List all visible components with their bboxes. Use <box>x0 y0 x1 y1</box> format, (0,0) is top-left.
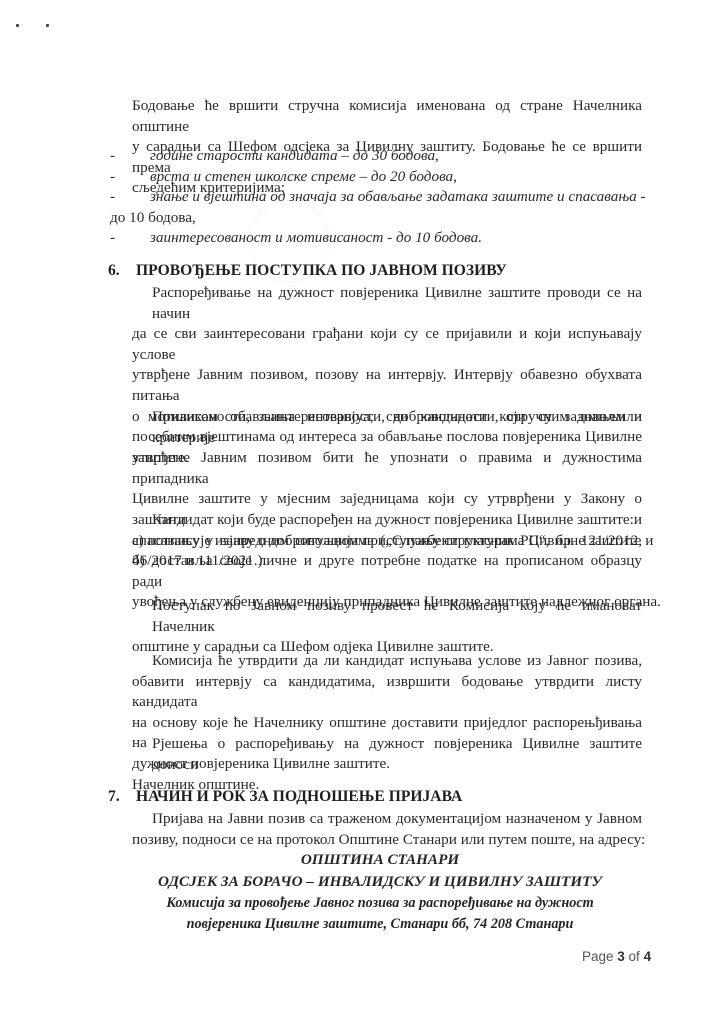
criterion-text: знање и вјештина од значаја за обављање … <box>150 187 646 208</box>
criterion-text: врста и степен школске спреме – до 20 бо… <box>150 167 457 188</box>
mailing-address: ОПШТИНА СТАНАРИ ОДСЈЕК ЗА БОРАЧО – ИНВАЛ… <box>140 849 620 935</box>
section-title: НАЧИН И РОК ЗА ПОДНОШЕЊЕ ПРИЈАВА <box>136 788 462 805</box>
page-label: Page <box>582 949 617 964</box>
section-7-paragraph-1: Пријава на Јавни позив са траженом докум… <box>132 809 642 850</box>
section-6-heading: 6.ПРОВОЂЕЊЕ ПОСТУПКА ПО ЈАВНОМ ПОЗИВУ <box>108 261 507 281</box>
list-item: - врста и степен школске спреме – до 20 … <box>110 167 650 188</box>
current-page: 3 <box>617 949 625 964</box>
text-line: утврђене Јавним позивом бити ће упознати… <box>132 448 642 489</box>
bullet-dash: - <box>110 187 150 208</box>
scan-artifact <box>16 24 56 30</box>
criterion-text: заинтересованост и мотивисаност - до 10 … <box>150 228 482 249</box>
section-number: 7. <box>108 787 136 807</box>
bullet-dash: - <box>110 228 150 249</box>
text-line: Приликом обављања интервјуа, сви кандида… <box>132 407 642 448</box>
bullet-dash: - <box>110 167 150 188</box>
text-line: Бодовање ће вршити стручна комисија имен… <box>132 96 642 137</box>
text-line: утврђене Јавним позивом, позову на интер… <box>132 365 642 406</box>
document-page: Бодовање ће вршити стручна комисија имен… <box>0 0 724 1024</box>
text-line: Пријава на Јавни позив са траженом докум… <box>132 809 642 830</box>
page-of-label: of <box>625 949 644 964</box>
section-7-heading: 7.НАЧИН И РОК ЗА ПОДНОШЕЊЕ ПРИЈАВА <box>108 787 462 807</box>
list-item: - заинтересованост и мотивисаност - до 1… <box>110 228 650 249</box>
address-municipality: ОПШТИНА СТАНАРИ <box>140 849 620 871</box>
bullet-dash: - <box>110 146 150 167</box>
address-street: повјереника Цивилне заштите, Станари бб,… <box>140 914 620 935</box>
list-item: - године старости кандидата – до 30 бодо… <box>110 146 650 167</box>
criterion-continuation: до 10 бодова, <box>110 208 650 229</box>
text-line: позиву, подноси се на протокол Општине С… <box>132 830 642 851</box>
section-number: 6. <box>108 261 136 281</box>
text-line: Комисија ће утврдити да ли кандидат испу… <box>132 651 642 672</box>
text-line: Рјешења о распоређивању на дужност повје… <box>132 734 642 775</box>
section-title: ПРОВОЂЕЊЕ ПОСТУПКА ПО ЈАВНОМ ПОЗИВУ <box>136 262 507 279</box>
text-line: обавити интервју са кандидатима, извршит… <box>132 672 642 713</box>
page-number: Page 3 of 4 <box>582 949 651 964</box>
text-line: Распоређивање на дужност повјереника Цив… <box>132 283 642 324</box>
text-line: Поступак по Јавном позиву провест ће Ком… <box>132 596 642 637</box>
address-department: ОДСЈЕК ЗА БОРАЧО – ИНВАЛИДСКУ И ЦИВИЛНУ … <box>140 871 620 893</box>
section-6-paragraph-4: Поступак по Јавном позиву провест ће Ком… <box>132 596 642 658</box>
address-commission: Комисија за провођење Јавног позива за р… <box>140 893 620 914</box>
list-item: - знање и вјештина од значаја за обављањ… <box>110 187 650 208</box>
text-line: да се сви заинтересовани грађани који су… <box>132 324 642 365</box>
total-pages: 4 <box>644 949 652 964</box>
text-line: а) потписује изјаву о добровољном присту… <box>132 531 642 552</box>
text-line: б) доставља своје личне и друге потребне… <box>132 551 642 592</box>
text-line: Кандидат који буде распоређен на дужност… <box>132 510 642 531</box>
criteria-list: - године старости кандидата – до 30 бодо… <box>110 146 650 249</box>
criterion-text: године старости кандидата – до 30 бодова… <box>150 146 439 167</box>
